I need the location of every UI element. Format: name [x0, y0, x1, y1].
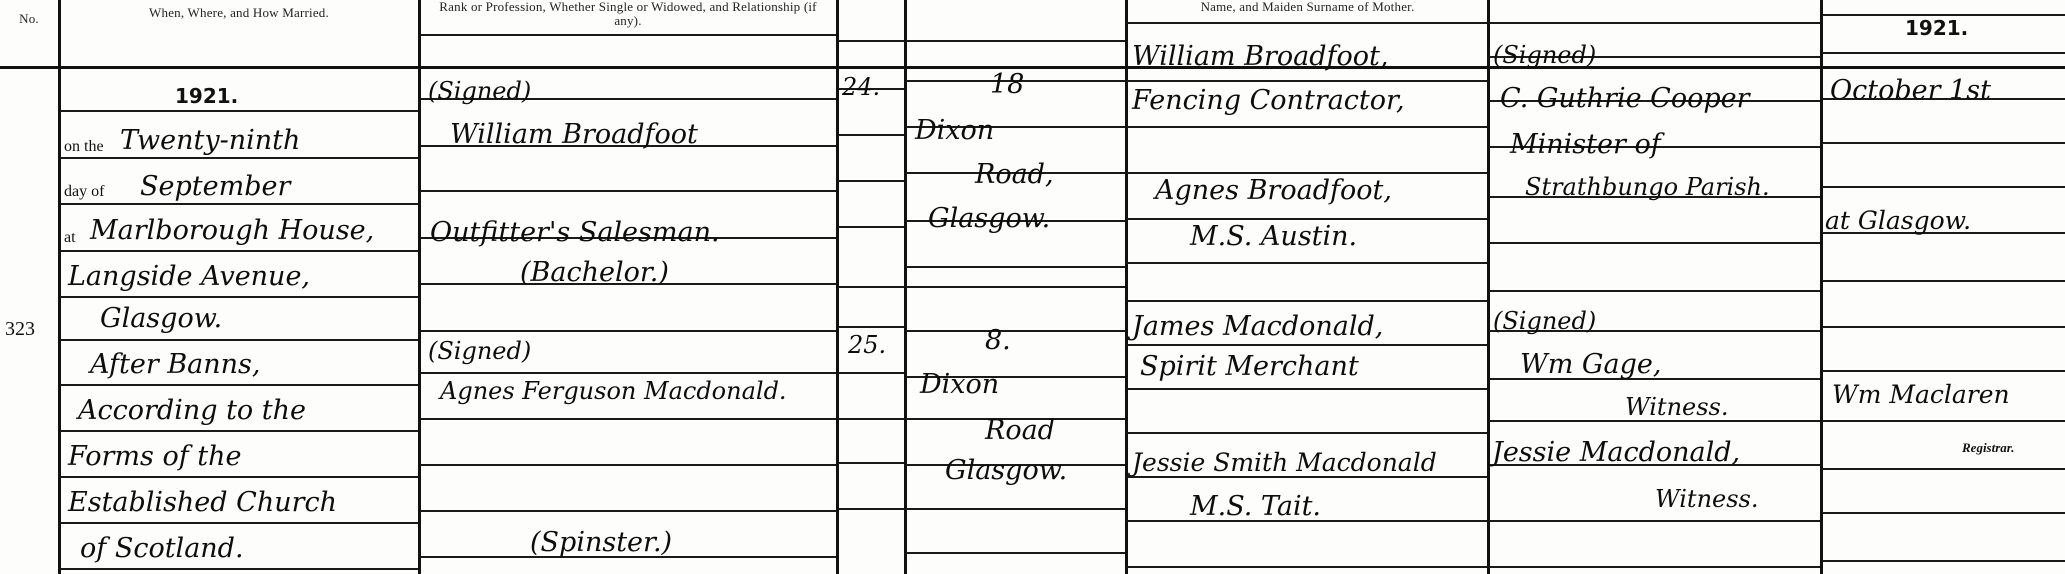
ruled-line [420, 330, 836, 332]
column-divider [58, 0, 61, 574]
ruled-line [1127, 388, 1487, 390]
ruled-line [906, 40, 1125, 42]
bride-father-occupation: Spirit Merchant [1140, 352, 1359, 382]
bride-name: Agnes Ferguson Macdonald. [440, 376, 787, 406]
ruled-line [60, 203, 418, 205]
witnesses-signed-label: (Signed) [1493, 306, 1596, 336]
ruled-line [1127, 566, 1487, 568]
ruled-line [1127, 300, 1487, 302]
ruled-line [838, 134, 904, 136]
bride-residence-no: 8. [985, 326, 1011, 356]
header-rank-profession: Rank or Profession, Whether Single or Wi… [424, 0, 832, 28]
registration-year: 1921. [1905, 16, 1968, 40]
on-the-label: on the [64, 138, 104, 156]
ruled-line [1489, 22, 1820, 24]
registration-date: October 1st [1830, 76, 1991, 106]
marriage-how-line2: According to the [78, 396, 306, 426]
header-mother-name: Name, and Maiden Surname of Mother. [1130, 0, 1485, 14]
bride-residence-line2: Road [985, 416, 1055, 446]
minister-signed-label: (Signed) [1493, 40, 1596, 70]
bride-mother-maiden: M.S. Tait. [1190, 492, 1321, 522]
registrar-name: Wm Maclaren [1832, 380, 2010, 410]
groom-residence-line1: Dixon [915, 116, 994, 146]
marriage-place-line3: Glasgow. [100, 304, 222, 334]
bride-father-name: James Macdonald, [1132, 312, 1383, 342]
groom-mother-maiden: M.S. Austin. [1190, 222, 1357, 252]
ruled-line [838, 286, 904, 288]
column-divider [1487, 0, 1490, 574]
ruled-line [60, 568, 418, 570]
column-divider [1125, 0, 1128, 574]
bride-age: 25. [848, 330, 886, 360]
ruled-line [1489, 290, 1820, 292]
at-label: at [64, 229, 76, 247]
ruled-line [1822, 560, 2065, 562]
ruled-line [1127, 80, 1487, 82]
groom-residence-line2: Road, [975, 160, 1054, 190]
header-when-where-how: When, Where, and How Married. [60, 6, 418, 20]
groom-residence-line3: Glasgow. [928, 204, 1050, 234]
ruled-line [838, 418, 904, 420]
registration-place: at Glasgow. [1825, 206, 1971, 236]
ruled-line [838, 180, 904, 182]
groom-father-name: William Broadfoot, [1132, 42, 1388, 72]
witness2-label: Witness. [1655, 484, 1759, 514]
marriage-day: Twenty-ninth [120, 126, 300, 156]
ruled-line [60, 339, 418, 341]
bride-residence-line1: Dixon [920, 370, 999, 400]
marriage-place-line2: Langside Avenue, [68, 262, 310, 292]
marriage-year: 1921. [175, 84, 238, 108]
header-no: No. [0, 12, 58, 26]
witness1-name: Wm Gage, [1520, 350, 1661, 380]
ruled-line [1127, 344, 1487, 346]
groom-age: 24. [842, 72, 880, 102]
groom-residence-no: 18 [990, 70, 1024, 100]
ruled-line [60, 430, 418, 432]
ruled-line [1489, 242, 1820, 244]
ruled-line [906, 330, 1125, 332]
ruled-line [906, 552, 1125, 554]
ruled-line [838, 462, 904, 464]
ruled-line [838, 508, 904, 510]
ruled-line [60, 157, 418, 159]
ruled-line [1489, 520, 1820, 522]
ruled-line [420, 418, 836, 420]
ruled-line [906, 266, 1125, 268]
ruled-line [1822, 468, 2065, 470]
ruled-line [1127, 172, 1487, 174]
ruled-line [838, 40, 904, 42]
witness1-label: Witness. [1625, 392, 1729, 422]
day-of-label: day of [64, 183, 104, 201]
ruled-line [60, 250, 418, 252]
bride-status: (Spinster.) [530, 528, 672, 558]
ruled-line [1489, 566, 1820, 568]
bride-residence-line3: Glasgow. [945, 456, 1067, 486]
groom-profession: Outfitter's Salesman. [430, 218, 720, 248]
ruled-line [1822, 280, 2065, 282]
marriage-register-page: No. When, Where, and How Married. Rank o… [0, 0, 2065, 574]
ruled-line [838, 226, 904, 228]
column-divider [418, 0, 421, 574]
groom-father-occupation: Fencing Contractor, [1132, 86, 1405, 116]
marriage-month: September [140, 172, 290, 202]
ruled-line [1822, 142, 2065, 144]
ruled-line [1822, 186, 2065, 188]
entry-number: 323 [5, 318, 35, 341]
ruled-line [1127, 22, 1487, 24]
ruled-line [906, 286, 1125, 288]
marriage-how-line4: Established Church [68, 488, 337, 518]
groom-mother-name: Agnes Broadfoot, [1155, 176, 1392, 206]
groom-signed-label: (Signed) [428, 76, 531, 106]
header-rule [0, 66, 2065, 69]
minister-parish: Strathbungo Parish. [1525, 172, 1770, 202]
ruled-line [420, 34, 836, 36]
marriage-how-line3: Forms of the [68, 442, 242, 472]
ruled-line [1822, 512, 2065, 514]
ruled-line [1127, 218, 1487, 220]
minister-title: Minister of [1510, 130, 1661, 160]
witness2-name: Jessie Macdonald, [1492, 438, 1740, 468]
ruled-line [1822, 326, 2065, 328]
ruled-line [1127, 126, 1487, 128]
ruled-line [60, 522, 418, 524]
ruled-line [1822, 420, 2065, 422]
ruled-line [420, 510, 836, 512]
ruled-line [1127, 432, 1487, 434]
ruled-line [60, 384, 418, 386]
ruled-line [420, 190, 836, 192]
registrar-label: Registrar. [1962, 440, 2014, 456]
ruled-line [60, 296, 418, 298]
ruled-line [420, 464, 836, 466]
marriage-place-line1: Marlborough House, [90, 216, 374, 246]
ruled-line [420, 372, 836, 374]
ruled-line [60, 476, 418, 478]
column-divider [1820, 0, 1823, 574]
ruled-line [1127, 262, 1487, 264]
bride-signed-label: (Signed) [428, 336, 531, 366]
ruled-line [1822, 52, 2065, 54]
marriage-how-line5: of Scotland. [80, 534, 244, 564]
ruled-line [838, 326, 904, 328]
groom-name: William Broadfoot [450, 120, 698, 150]
groom-status: (Bachelor.) [520, 258, 669, 288]
ruled-line [838, 372, 904, 374]
ruled-line [906, 508, 1125, 510]
minister-name: C. Guthrie Cooper [1500, 84, 1750, 114]
marriage-how-line1: After Banns, [90, 350, 261, 380]
ruled-line [60, 110, 418, 112]
bride-mother-name: Jessie Smith Macdonald [1132, 448, 1437, 478]
ruled-line [1822, 370, 2065, 372]
